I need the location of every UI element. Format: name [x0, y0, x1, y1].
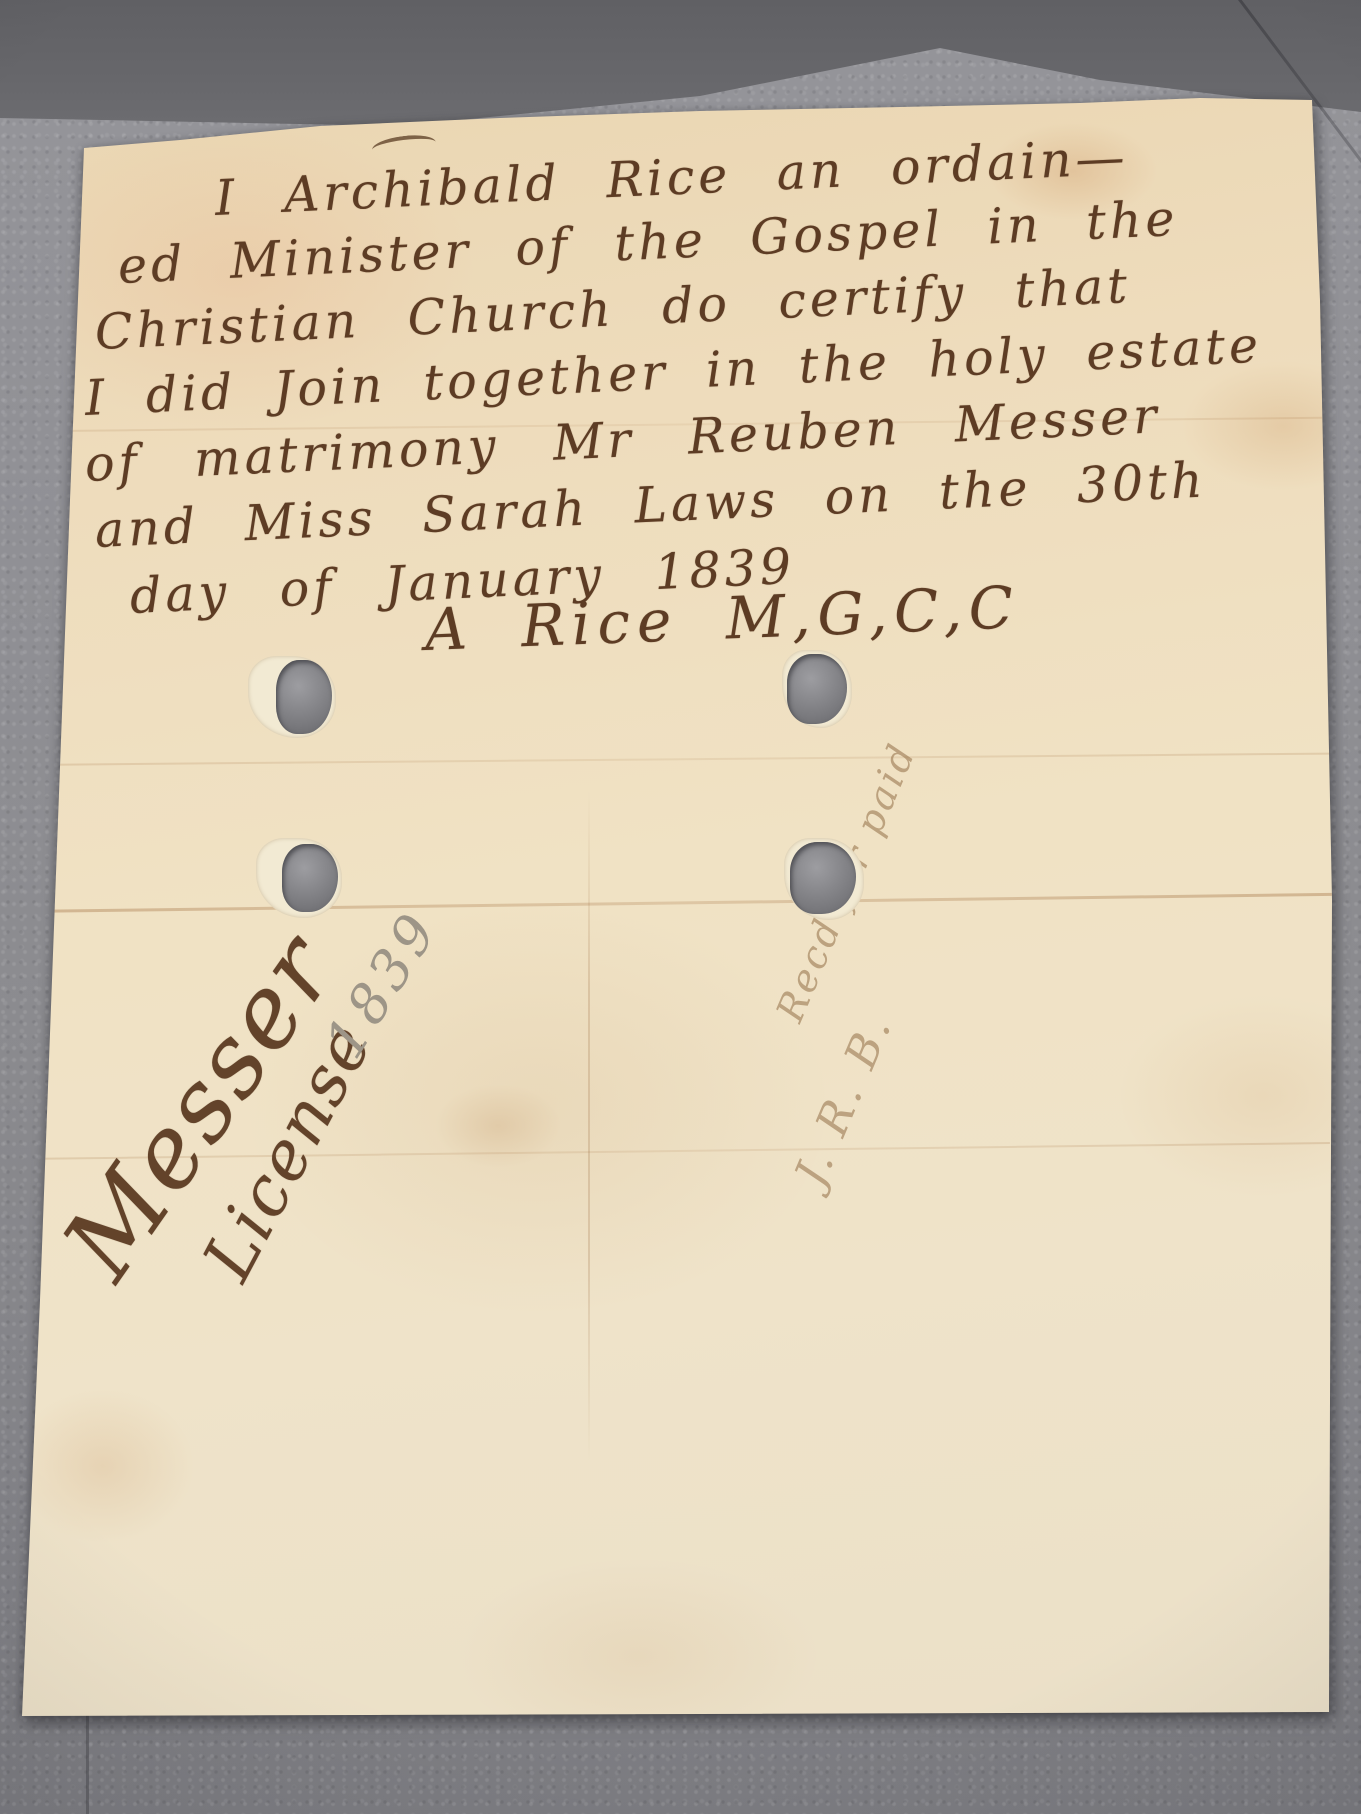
fold-crease-middle — [25, 893, 1332, 913]
received-note-line-2: J. R. B. — [785, 1006, 903, 1193]
fold-crease-vertical — [588, 790, 590, 1462]
cut-off-ink-stroke — [371, 132, 437, 160]
document-paper: I Archibald Rice an ordain— ed Minister … — [18, 96, 1336, 1718]
fold-crease-above-middle — [20, 753, 1332, 766]
hole-punch — [784, 838, 864, 920]
hole-punch — [256, 838, 342, 918]
photo-of-document: I Archibald Rice an ordain— ed Minister … — [0, 0, 1361, 1814]
hole-punch — [248, 656, 336, 738]
hole-punch — [782, 650, 852, 728]
